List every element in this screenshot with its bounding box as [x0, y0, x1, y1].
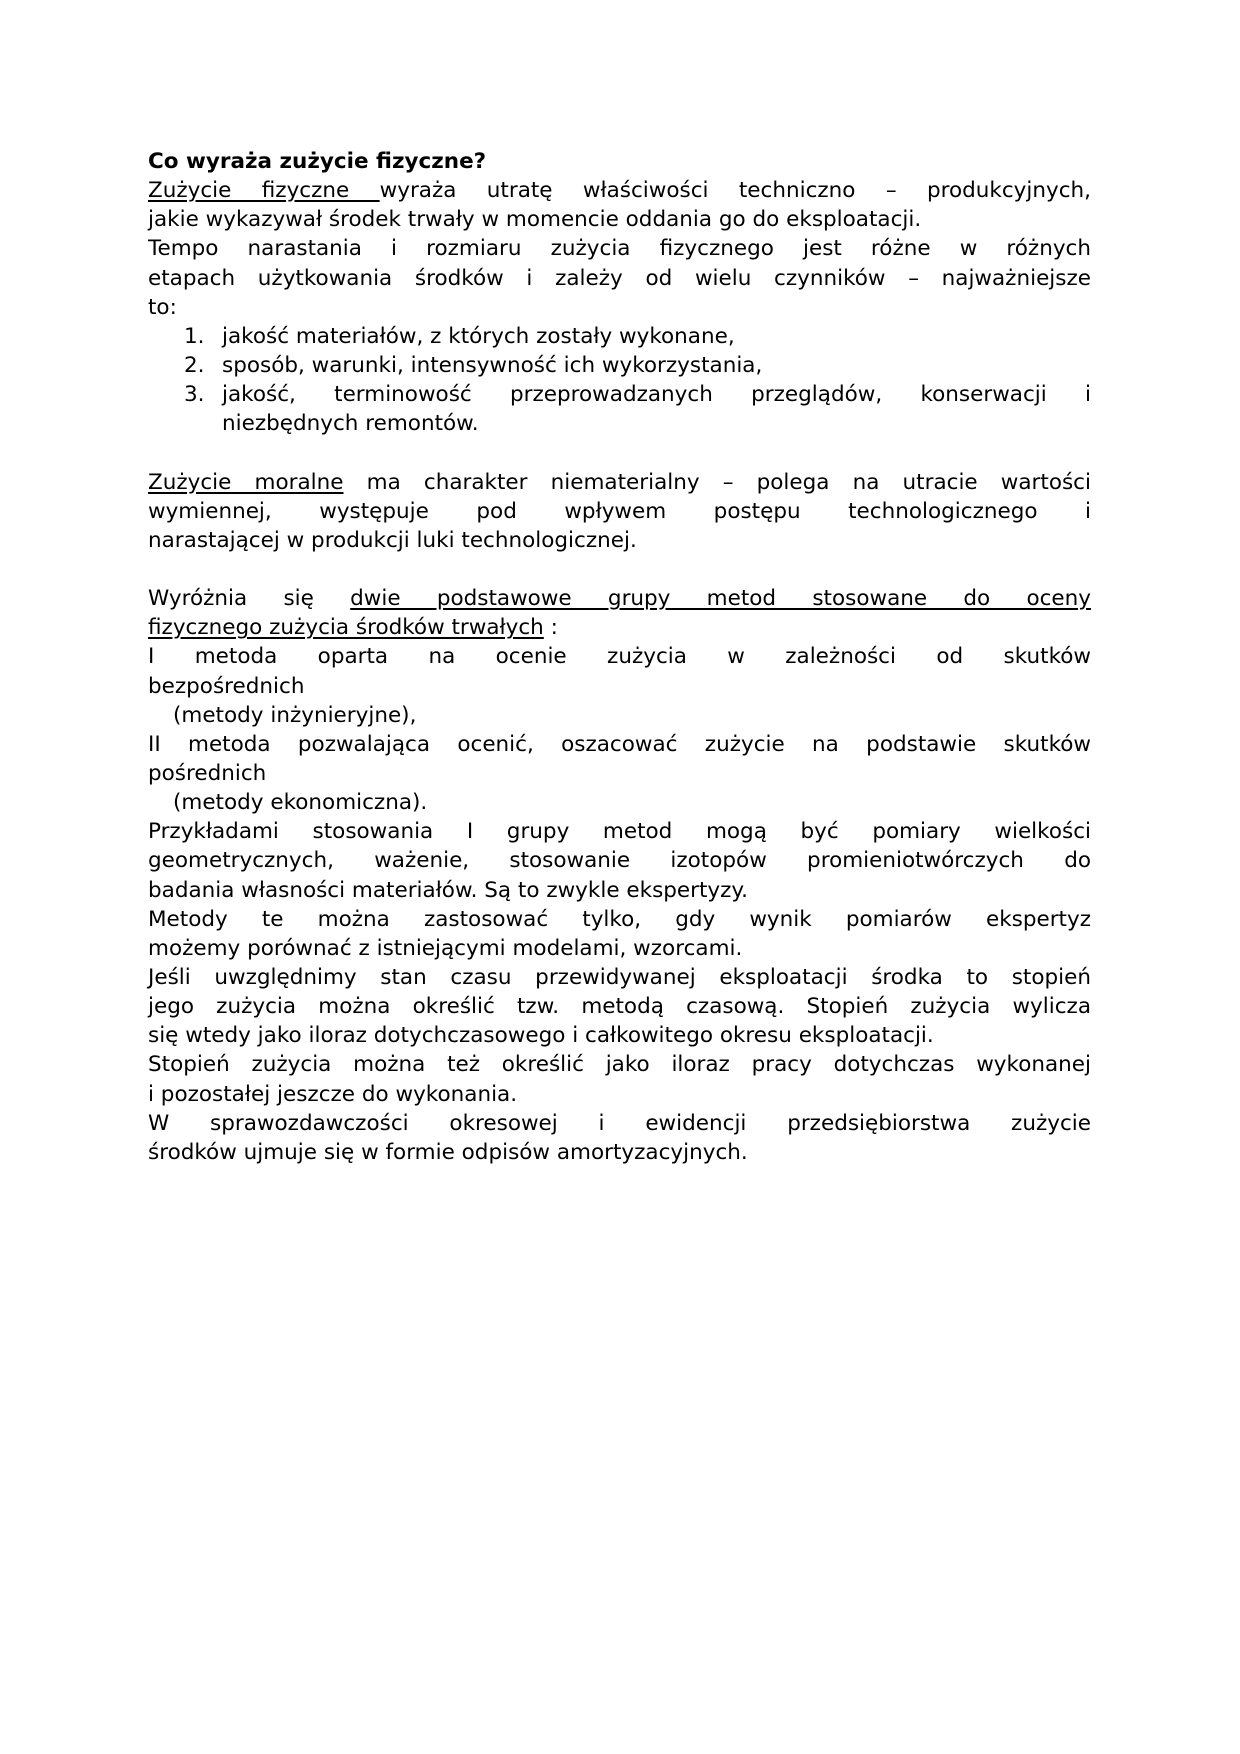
document-page: Co wyraża zużycie fizyczne? Zużycie fizy…: [148, 147, 1091, 1167]
blank-line: [148, 438, 1091, 467]
document-title: Co wyraża zużycie fizyczne?: [148, 147, 1091, 176]
paragraph-line: W sprawozdawczości okresowej i ewidencji…: [148, 1109, 1091, 1138]
method-line: II metoda pozwalająca ocenić, oszacować …: [148, 730, 1091, 759]
paragraph-line: Przykładami stosowania I grupy metod mog…: [148, 817, 1091, 846]
paragraph-line: możemy porównać z istniejącymi modelami,…: [148, 934, 1091, 963]
paragraph-line: jego zużycia można określić tzw. metodą …: [148, 992, 1091, 1021]
term-moral-wear: Zużycie moralne: [148, 470, 343, 495]
paragraph-line: badania własności materiałów. Są to zwyk…: [148, 876, 1091, 905]
paragraph-line: narastającej w produkcji luki technologi…: [148, 526, 1091, 555]
paragraph-line: fizycznego zużycia środków trwałych :: [148, 613, 1091, 642]
term-physical-wear: Zużycie fizyczne: [148, 178, 380, 203]
list-item: 3.jakość, terminowość przeprowadzanych p…: [148, 380, 1091, 409]
paragraph-line: jakie wykazywał środek trwały w momencie…: [148, 205, 1091, 234]
paragraph-line: Metody te można zastosować tylko, gdy wy…: [148, 905, 1091, 934]
underlined-phrase: fizycznego zużycia środków trwałych: [148, 615, 544, 640]
paragraph-line: Zużycie fizyczne wyraża utratę właściwoś…: [148, 176, 1091, 205]
method-line: I metoda oparta na ocenie zużycia w zale…: [148, 642, 1091, 671]
list-item: 1.jakość materiałów, z których zostały w…: [148, 322, 1091, 351]
blank-line: [148, 555, 1091, 584]
paragraph-line: się wtedy jako iloraz dotychczasowego i …: [148, 1021, 1091, 1050]
list-item-continuation: niezbędnych remontów.: [148, 409, 1091, 438]
method-note: (metody ekonomiczna).: [148, 788, 1091, 817]
paragraph-line: Stopień zużycia można też określić jako …: [148, 1050, 1091, 1079]
paragraph-line: środków ujmuje się w formie odpisów amor…: [148, 1138, 1091, 1167]
paragraph-line: i pozostałej jeszcze do wykonania.: [148, 1080, 1091, 1109]
paragraph-line: Zużycie moralne ma charakter niematerial…: [148, 468, 1091, 497]
method-line: bezpośrednich: [148, 672, 1091, 701]
method-note: (metody inżynieryjne),: [148, 701, 1091, 730]
paragraph-line: etapach użytkowania środków i zależy od …: [148, 264, 1091, 293]
list-number: 1.: [184, 322, 206, 351]
list-item: 2.sposób, warunki, intensywność ich wyko…: [148, 351, 1091, 380]
paragraph-line: Tempo narastania i rozmiaru zużycia fizy…: [148, 234, 1091, 263]
paragraph-line: to:: [148, 293, 1091, 322]
paragraph-line: wymiennej, występuje pod wpływem postępu…: [148, 497, 1091, 526]
paragraph-line: Jeśli uwzględnimy stan czasu przewidywan…: [148, 963, 1091, 992]
paragraph-line: Wyróżnia się dwie podstawowe grupy metod…: [148, 584, 1091, 613]
underlined-phrase: dwie podstawowe grupy metod stosowane do…: [350, 586, 1091, 611]
paragraph-line: geometrycznych, ważenie, stosowanie izot…: [148, 846, 1091, 875]
list-number: 2.: [184, 351, 206, 380]
list-number: 3.: [184, 380, 206, 409]
method-line: pośrednich: [148, 759, 1091, 788]
